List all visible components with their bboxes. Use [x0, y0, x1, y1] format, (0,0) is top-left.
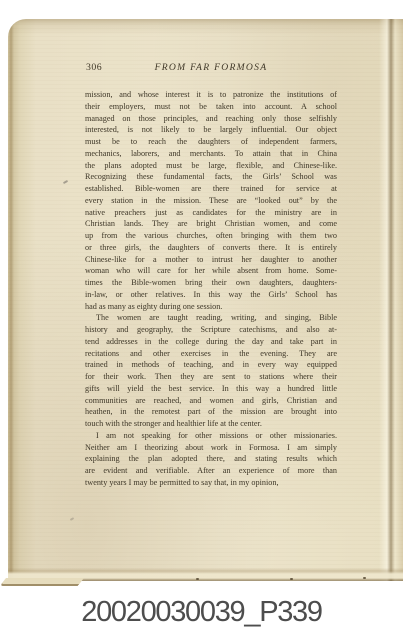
- paragraph: mission, and whose interest it is to pat…: [85, 89, 337, 312]
- text-line: or three girls, the daughters of convert…: [85, 242, 337, 254]
- text-line: the plans adopted must be large, flexibl…: [85, 160, 337, 172]
- text-line: gifts will yield the best service. In th…: [85, 383, 337, 395]
- stray-mark: [63, 180, 68, 184]
- text-line: up from the various churches, often brin…: [85, 230, 337, 242]
- text-line: mission, and whose interest it is to pat…: [85, 89, 337, 101]
- text-line: had as many as eighty during one session…: [85, 301, 337, 313]
- book-page: 306 FROM FAR FORMOSA mission, and whose …: [8, 19, 403, 581]
- page-body: mission, and whose interest it is to pat…: [85, 89, 337, 489]
- text-line: explaining the plan adopted there, and s…: [85, 453, 337, 465]
- text-line: Chinese-like for a mother to intrust her…: [85, 254, 337, 266]
- text-line: Christian lands. They are bright Christi…: [85, 218, 337, 230]
- text-line: Recognizing these fundamental facts, the…: [85, 171, 337, 183]
- text-line: recitations and other exercises in the e…: [85, 348, 337, 360]
- edge-speck: [290, 578, 293, 580]
- text-line: twenty years I may be permitted to say t…: [85, 477, 337, 489]
- text-line: in-law, or other relatives. In this way …: [85, 289, 337, 301]
- edge-speck: [363, 577, 366, 579]
- text-line: history and geography, the Scripture cat…: [85, 324, 337, 336]
- text-line: communities are reached, and women and g…: [85, 395, 337, 407]
- text-line: times the Bible-women bring their own da…: [85, 277, 337, 289]
- edge-speck: [196, 578, 199, 580]
- text-line: woman who will care for her while absent…: [85, 265, 337, 277]
- text-line: for their work. Then they are sent to st…: [85, 371, 337, 383]
- stray-mark: [70, 517, 74, 521]
- running-header: 306 FROM FAR FORMOSA: [85, 61, 337, 74]
- paragraph: I am not speaking for other missions or …: [85, 430, 337, 489]
- text-line: native preachers just as candidates for …: [85, 207, 337, 219]
- text-line: must be to reach the daughters of indepe…: [85, 136, 337, 148]
- text-line: are evident and verifiable. After an exp…: [85, 465, 337, 477]
- text-line: interested, is not likely to be largely …: [85, 124, 337, 136]
- stacked-leaves-edge: [0, 578, 84, 586]
- paragraph: The women are taught reading, writing, a…: [85, 312, 337, 430]
- text-line: touch with the stronger and healthier li…: [85, 418, 337, 430]
- text-line: mechanics, laborers, and merchants. To a…: [85, 148, 337, 160]
- text-line: established. Bible-women are there train…: [85, 183, 337, 195]
- book-title-running-head: FROM FAR FORMOSA: [85, 61, 337, 74]
- page-fore-edge: [379, 19, 403, 581]
- text-line: managed on those principles, and reachin…: [85, 113, 337, 125]
- scan-photograph: 306 FROM FAR FORMOSA mission, and whose …: [0, 0, 403, 640]
- text-line: The women are taught reading, writing, a…: [85, 312, 337, 324]
- text-line: I am not speaking for other missions or …: [85, 430, 337, 442]
- text-line: heathen, in the remotest part of the mis…: [85, 406, 337, 418]
- catalog-number: 20020030039_P339: [0, 596, 403, 628]
- text-line: trained in methods of teaching, and in e…: [85, 359, 337, 371]
- text-line: their employers, must not be taken into …: [85, 101, 337, 113]
- text-line: Neither am I theorizing about work in Fo…: [85, 442, 337, 454]
- text-line: every station in the mission. These are …: [85, 195, 337, 207]
- text-line: tend addresses in the college during the…: [85, 336, 337, 348]
